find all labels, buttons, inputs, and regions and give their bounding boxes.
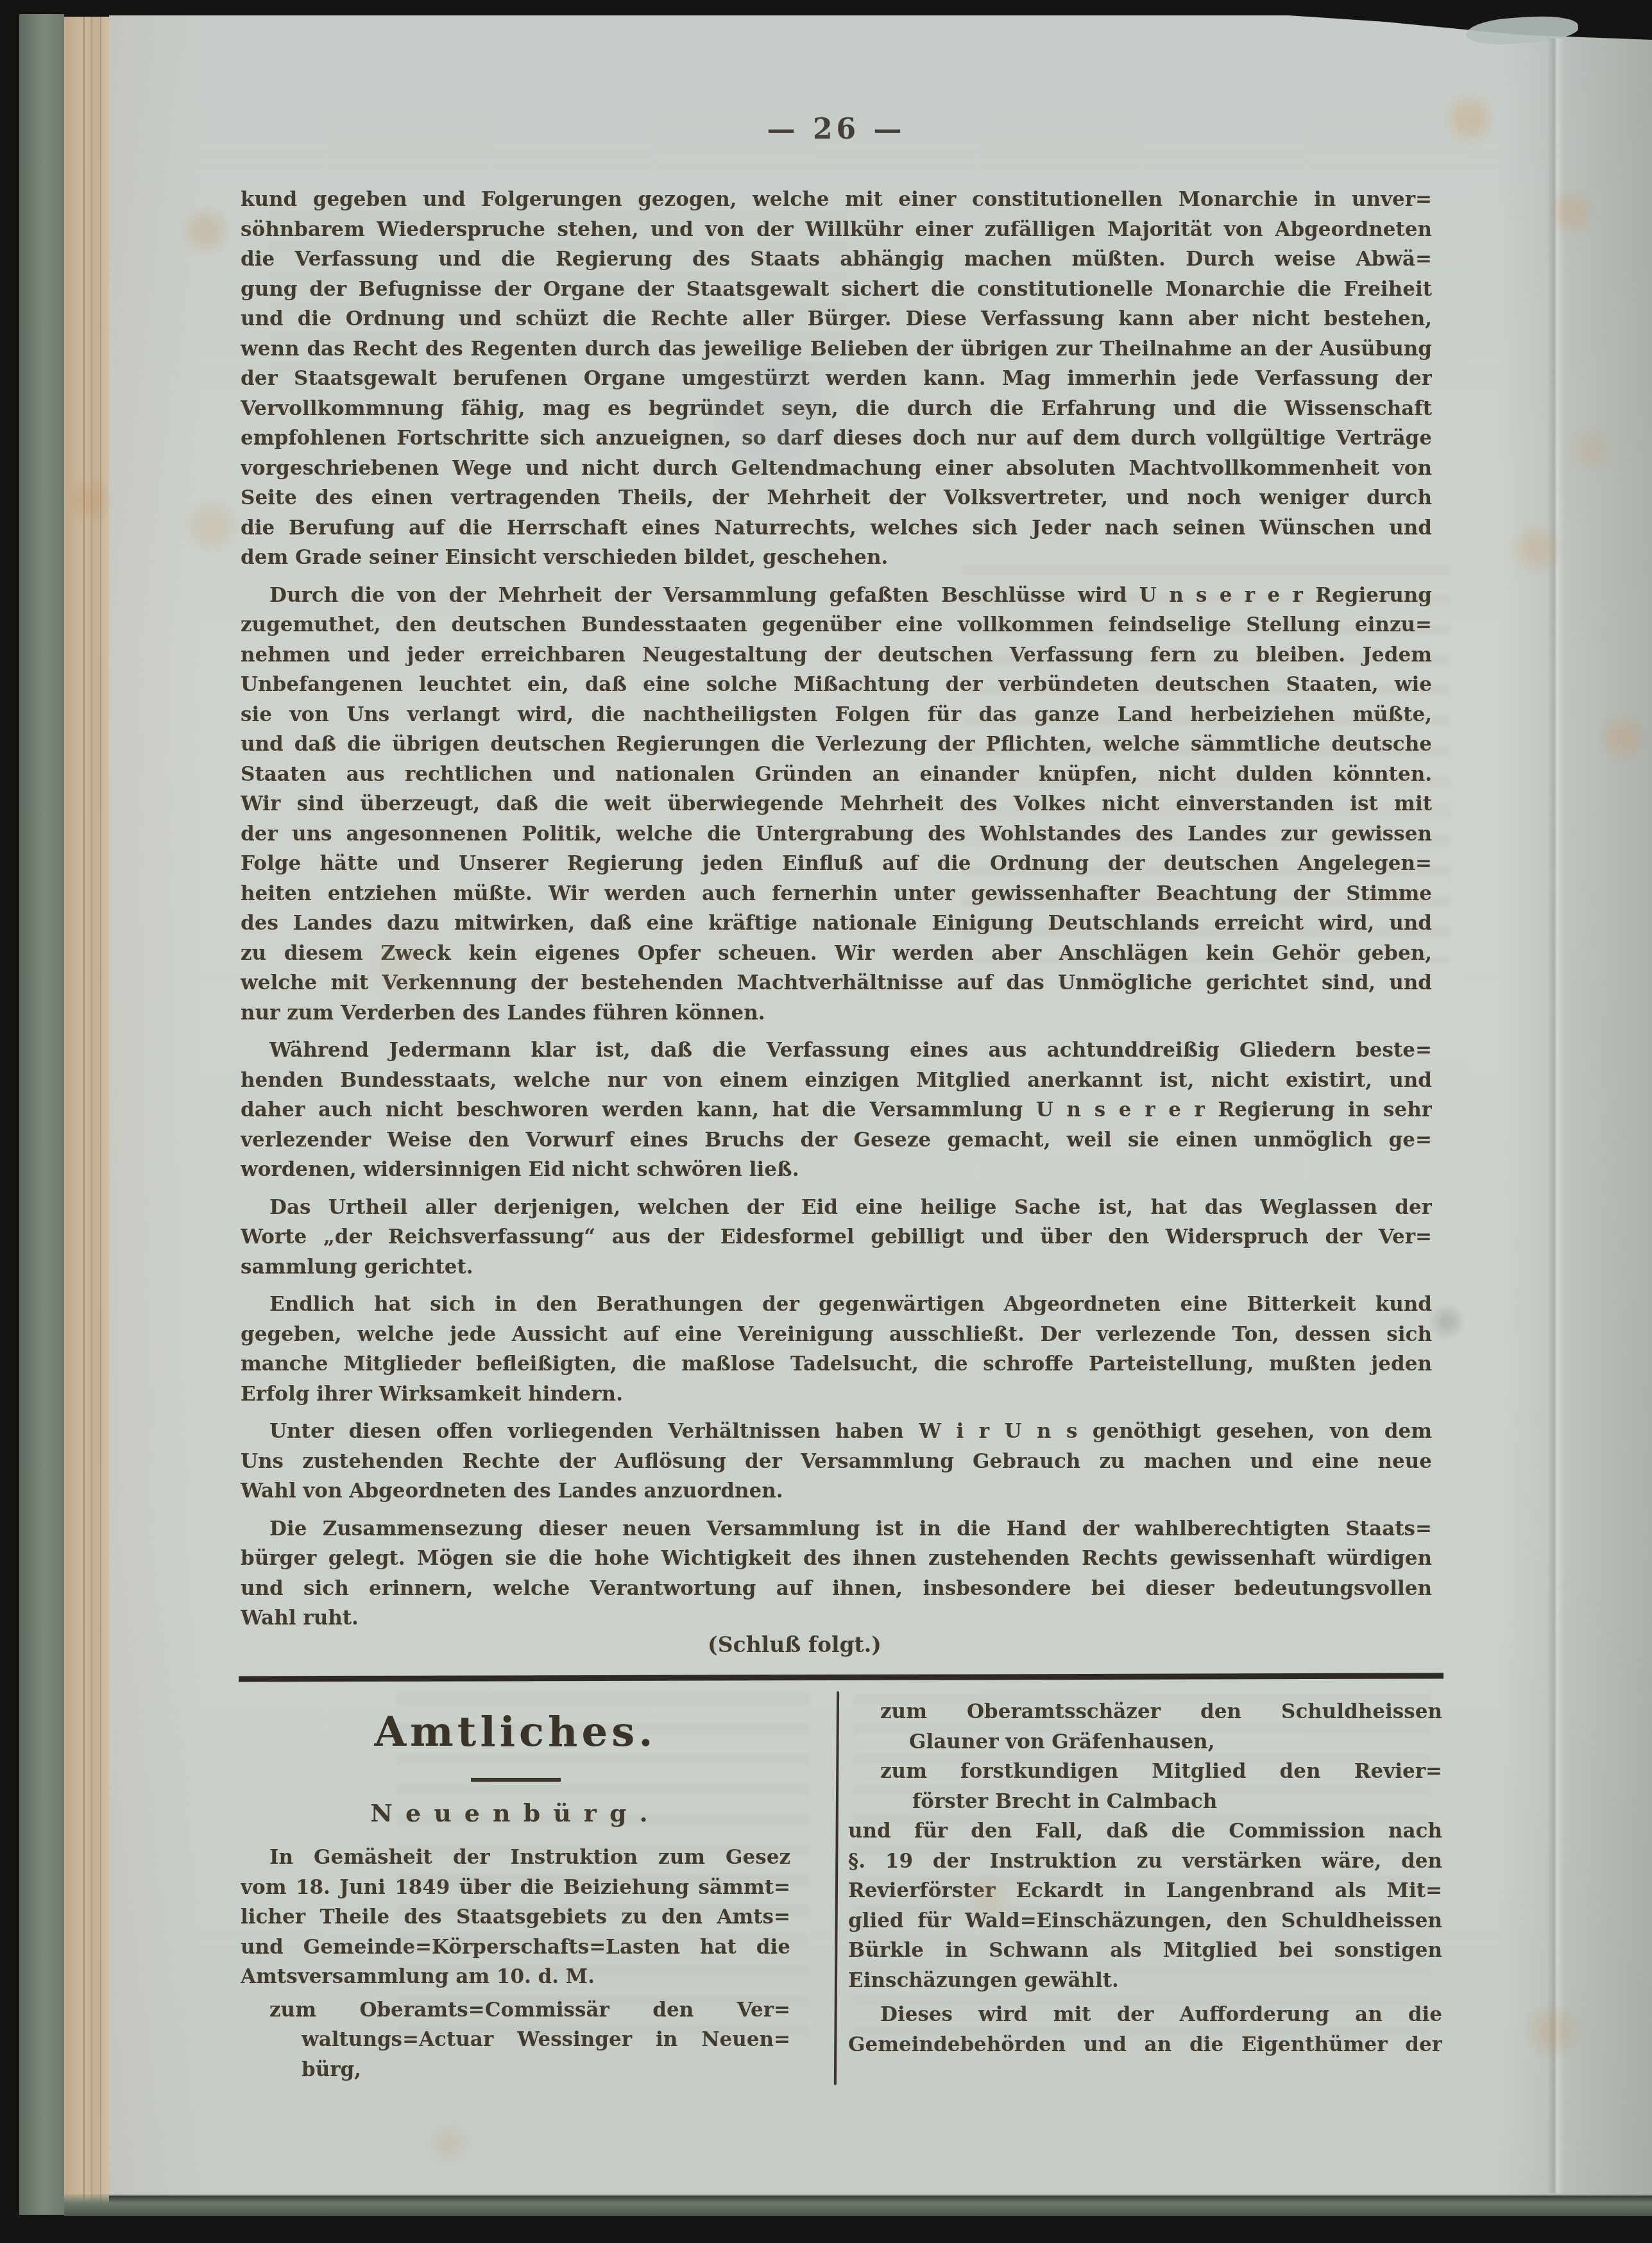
text-line: Erfolg ihrer Wirksamkeit hindern.	[241, 1379, 1432, 1410]
paragraph: Die Zusammensezung dieser neuen Versamml…	[241, 1514, 1432, 1633]
text-line: gung der Befugnisse der Organe der Staat…	[241, 275, 1432, 305]
paragraph: Unter diesen offen vorliegenden Verhältn…	[241, 1417, 1432, 1506]
text-line: Bürkle in Schwann als Mitglied bei sonst…	[848, 1936, 1442, 1966]
proclamation-text: kund gegeben und Folgerungen gezogen, we…	[241, 185, 1432, 1633]
text-line: Das Urtheil aller derjenigen, welchen de…	[241, 1193, 1432, 1223]
paragraph: Durch die von der Mehrheit der Versammlu…	[241, 581, 1432, 1028]
text-line: Wahl von Abgeordneten des Landes anzuord…	[241, 1476, 1432, 1506]
paragraph: Endlich hat sich in den Berathungen der …	[241, 1290, 1432, 1409]
text-line: und die Ordnung und schüzt die Rechte al…	[241, 304, 1432, 334]
text-line: zum Oberamts=Commissär den Ver=	[241, 1995, 790, 2026]
text-line: nur zum Verderben des Landes führen könn…	[241, 998, 1432, 1028]
text-line: vorgeschriebenen Wege und nicht durch Ge…	[241, 454, 1432, 484]
text-line: Seite des einen vertragenden Theils, der…	[241, 483, 1432, 513]
text-line: zum forstkundigen Mitglied den Revier=	[848, 1757, 1442, 1787]
text-line: Wahl ruht.	[241, 1603, 1432, 1633]
text-line: Die Zusammensezung dieser neuen Versamml…	[241, 1514, 1432, 1544]
text-line: vom 18. Juni 1849 über die Beiziehung sä…	[241, 1873, 790, 1903]
text-line: und für den Fall, daß die Commission nac…	[848, 1816, 1442, 1846]
paragraph: kund gegeben und Folgerungen gezogen, we…	[241, 185, 1432, 573]
text-line: Worte „der Reichsverfassung“ aus der Eid…	[241, 1222, 1432, 1252]
page-number: — 26 —	[241, 113, 1432, 146]
text-line: des Landes dazu mitwirken, daß eine kräf…	[241, 908, 1432, 939]
text-line: Uns zustehenden Rechte der Auflösung der…	[241, 1447, 1432, 1477]
official-right-column: zum Oberamtsschäzer den SchuldheissenGla…	[848, 1697, 1442, 2060]
text-line: Vervollkommnung fähig, mag es begründet …	[241, 394, 1432, 424]
text-line: der uns angesonnenen Politik, welche die…	[241, 819, 1432, 849]
text-line: gegeben, welche jede Aussicht auf eine V…	[241, 1320, 1432, 1350]
text-line: und Gemeinde=Körperschafts=Lasten hat di…	[241, 1932, 790, 1963]
text-line: waltungs=Actuar Wessinger in Neuen=	[241, 2025, 790, 2055]
text-line: Dieses wird mit der Aufforderung an die	[848, 2000, 1442, 2030]
text-line: wordenen, widersinnigen Eid nicht schwör…	[241, 1155, 1432, 1185]
text-line: förster Brecht in Calmbach	[848, 1787, 1442, 1817]
text-line: die Verfassung und die Regierung des Sta…	[241, 244, 1432, 275]
text-line: die Berufung auf die Herrschaft eines Na…	[241, 513, 1432, 543]
text-line: zugemuthet, den deutschen Bundesstaaten …	[241, 610, 1432, 640]
text-line: Einschäzungen gewählt.	[848, 1966, 1442, 1996]
text-line: licher Theile des Staatsgebiets zu den A…	[241, 1902, 790, 1932]
text-line: verlezender Weise den Vorwurf eines Bruc…	[241, 1125, 1432, 1156]
closing-note: (Schluß folgt.)	[199, 1632, 1390, 1657]
official-left-column: Amtliches. Neuenbürg. In Gemäsheit der I…	[241, 1700, 790, 2085]
text-line: empfohlenen Fortschritte sich anzueignen…	[241, 423, 1432, 454]
text-line: §. 19 der Instruktion zu verstärken wäre…	[848, 1846, 1442, 1877]
text-line: Folge hätte und Unserer Regierung jeden …	[241, 849, 1432, 879]
text-line: kund gegeben und Folgerungen gezogen, we…	[241, 185, 1432, 215]
text-line: Während Jedermann klar ist, daß die Verf…	[241, 1036, 1432, 1066]
text-line: und daß die übrigen deutschen Regierunge…	[241, 729, 1432, 760]
left-column-text: In Gemäsheit der Instruktion zum Gesezvo…	[241, 1843, 790, 2085]
text-line: zu diesem Zweck kein eigenes Opfer scheu…	[241, 939, 1432, 969]
text-line: daher auch nicht beschworen werden kann,…	[241, 1095, 1432, 1125]
text-line: Staaten aus rechtlichen und nationalen G…	[241, 760, 1432, 790]
text-line: Endlich hat sich in den Berathungen der …	[241, 1290, 1432, 1320]
text-line: heiten entziehen müßte. Wir werden auch …	[241, 879, 1432, 909]
place-heading: Neuenbürg.	[241, 1798, 790, 1827]
book-edge-cover	[19, 14, 64, 2215]
text-line: welche mit Verkennung der bestehenden Ma…	[241, 968, 1432, 998]
official-section-heading: Amtliches.	[241, 1708, 790, 1756]
text-line: dem Grade seiner Einsicht verschieden bi…	[241, 543, 1432, 573]
text-line: In Gemäsheit der Instruktion zum Gesez	[241, 1843, 790, 1873]
text-line: der Staatsgewalt berufenen Organe umgest…	[241, 364, 1432, 394]
text-line: Wir sind überzeugt, daß die weit überwie…	[241, 789, 1432, 819]
text-line: Gemeindebehörden und an die Eigenthümer …	[848, 2030, 1442, 2060]
text-line: sie von Uns verlangt wird, die nachtheil…	[241, 700, 1432, 730]
text-line: manche Mitglieder befleißigten, die maßl…	[241, 1349, 1432, 1379]
text-line: Durch die von der Mehrheit der Versammlu…	[241, 581, 1432, 611]
text-line: wenn das Recht des Regenten durch das je…	[241, 334, 1432, 364]
text-line: sammlung gerichtet.	[241, 1252, 1432, 1283]
paragraph: Das Urtheil aller derjenigen, welchen de…	[241, 1193, 1432, 1283]
book-edge-bottom	[64, 2194, 1652, 2216]
text-line: Unbefangenen leuchtet ein, daß eine solc…	[241, 670, 1432, 700]
text-line: zum Oberamtsschäzer den Schuldheissen	[848, 1697, 1442, 1727]
text-line: Glauner von Gräfenhausen,	[848, 1727, 1442, 1757]
text-line: Revierförster Eckardt in Langenbrand als…	[848, 1876, 1442, 1906]
text-line: nehmen und jeder erreichbaren Neugestalt…	[241, 640, 1432, 670]
text-line: glied für Wald=Einschäzungen, den Schuld…	[848, 1906, 1442, 1936]
scanned-gazette-page: { "page": { "number_label": "— 26 —", "c…	[0, 0, 1652, 2243]
heading-rule	[471, 1778, 561, 1782]
paragraph: Während Jedermann klar ist, daß die Verf…	[241, 1036, 1432, 1185]
text-line: henden Bundesstaats, welche nur von eine…	[241, 1066, 1432, 1096]
book-edge-pages	[64, 17, 109, 2212]
text-line: söhnbarem Wiederspruche stehen, und von …	[241, 215, 1432, 245]
text-line: und sich erinnern, welche Verantwortung …	[241, 1574, 1432, 1604]
page-crease	[1547, 38, 1564, 2193]
text-line: Unter diesen offen vorliegenden Verhältn…	[241, 1417, 1432, 1447]
text-line: bürg,	[241, 2055, 790, 2085]
text-line: Amtsversammlung am 10. d. M.	[241, 1962, 790, 1992]
text-line: bürger gelegt. Mögen sie die hohe Wichti…	[241, 1544, 1432, 1574]
